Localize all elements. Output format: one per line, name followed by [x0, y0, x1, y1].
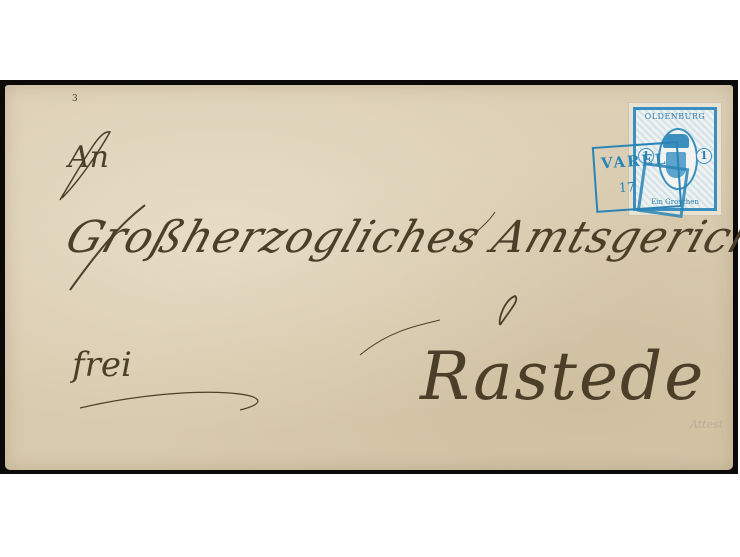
address-recipient: Großherzogliches Amtsgericht	[60, 212, 740, 263]
address-salutation: An	[68, 140, 109, 175]
address-postage-note: frei	[72, 345, 132, 385]
handwriting-flourishes	[0, 0, 740, 557]
pencil-note: Attest	[690, 418, 723, 431]
address-destination: Rastede	[420, 338, 705, 415]
